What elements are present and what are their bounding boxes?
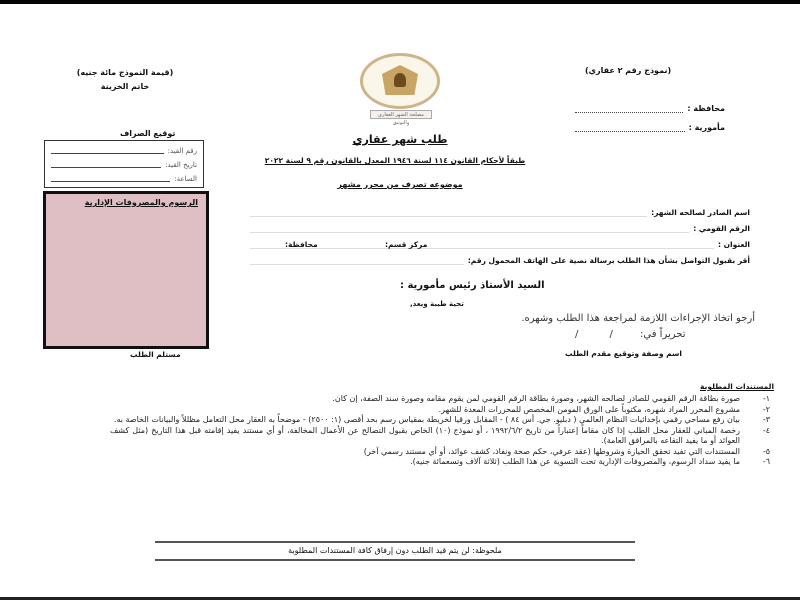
form-number: (نموذج رقم ٢ عقاري) — [585, 66, 671, 75]
list-item: ٢- مشروع المحرر المراد شهره، مكتوباً على… — [110, 405, 770, 416]
required-documents-title: المستندات المطلوبة — [700, 382, 774, 391]
district-label: مركز قسم: — [385, 240, 427, 249]
required-documents-list: ١- صورة بطاقة الرقم القومي للصادر لصالحه… — [110, 394, 770, 468]
request-text: أرجو اتخاذ الإجراءات اللازمة لمراجعة هذا… — [355, 313, 755, 324]
request-receiver-label: مستلم الطلب — [130, 350, 181, 359]
address-field[interactable]: العنوان : — [250, 240, 750, 249]
treasury-stamp-label: خاتم الخزينة — [50, 80, 200, 94]
governorate-label: محافظة: — [285, 240, 318, 249]
fees-title: الرسوم والمصروفات الإدارية — [54, 198, 198, 207]
law-reference: طبقاً لأحكام القانون ١١٤ لسنة ١٩٤٦ المعد… — [220, 156, 570, 165]
governorate-field[interactable]: محافظة : — [575, 104, 725, 113]
fees-box: الرسوم والمصروفات الإدارية — [43, 191, 209, 349]
national-id-field[interactable]: الرقم القومي : — [250, 224, 750, 233]
issuer-name-field[interactable]: اسم الصادر لصالحه الشهر: — [250, 208, 750, 217]
list-item: ٦- ما يفيد سداد الرسوم، والمصروفات الإدا… — [110, 457, 770, 468]
office-field[interactable]: مأمورية : — [575, 123, 725, 132]
addressee: السيد الأستاذ رئيس مأمورية : — [400, 280, 545, 291]
form-price: (قيمة النموذج مائة جنيه) — [50, 66, 200, 80]
emblem-logo — [352, 53, 448, 109]
date-field[interactable]: / / — [575, 329, 627, 340]
emblem-banner: مصلحة الشهر العقاري والتوثيق — [370, 110, 432, 119]
written-on-label: تحريراً في: — [640, 329, 686, 340]
cashier-signature-title: توقيع الصراف — [120, 129, 175, 138]
list-item: ٣- بيان رفع مساحي رقمي بإحداثيات النظام … — [110, 415, 770, 426]
list-item: ٥- المستندات التي تفيد تحقق الحيازة وشرو… — [110, 447, 770, 458]
sms-consent-field[interactable]: أقر بقبول التواصل بشأن هذا الطلب برسالة … — [250, 256, 750, 265]
eagle-icon — [394, 73, 406, 87]
cashier-field-registration-date[interactable]: تاريخ القيد: — [51, 158, 197, 172]
cashier-field-registration-number[interactable]: رقم القيد: — [51, 144, 197, 158]
applicant-signature-label: اسم وصفة وتوقيع مقدم الطلب — [565, 349, 682, 358]
list-item: ٤- رخصة المباني للعقار محل الطلب إذا كان… — [110, 426, 770, 447]
list-item: ١- صورة بطاقة الرقم القومي للصادر لصالحه… — [110, 394, 770, 405]
cashier-box: رقم القيد: تاريخ القيد: الساعة: — [44, 140, 204, 188]
page-title: طلب شهر عقاري — [300, 133, 500, 146]
note-box: ملحوظة: لن يتم قيد الطلب دون إرفاق كافة … — [155, 541, 635, 561]
scan-top-border — [0, 0, 800, 4]
subject-line: موضوعه تصرف من محرر مشهر — [300, 180, 500, 189]
greeting: تحية طيبة وبعد, — [410, 300, 464, 308]
cashier-field-time[interactable]: الساعة: — [51, 172, 197, 186]
left-header: (قيمة النموذج مائة جنيه) خاتم الخزينة — [50, 66, 200, 94]
